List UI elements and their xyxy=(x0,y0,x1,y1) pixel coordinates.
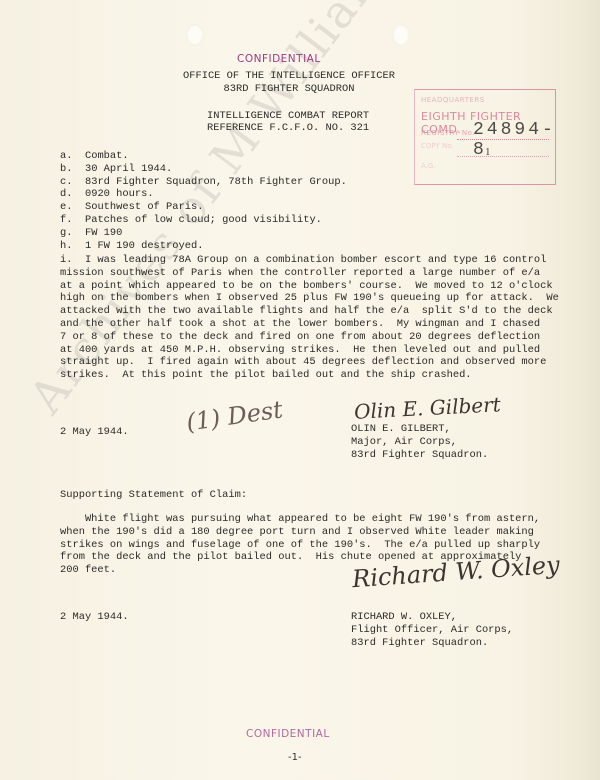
statement-line: strikes on wings and fuselage of one of … xyxy=(60,539,540,552)
narrative-line: and the other half took a shot at the lo… xyxy=(60,318,559,331)
registry-stamp: HEADQUARTERS EIGHTH FIGHTER COMD. REGIST… xyxy=(414,89,556,185)
signer-unit: 83rd Fighter Squadron. xyxy=(351,449,488,462)
stamp-copy-label: COPY No. xyxy=(421,142,454,150)
handwritten-annotation: (1) Dest xyxy=(185,395,285,436)
witness-unit: 83rd Fighter Squadron. xyxy=(351,637,488,650)
page-number: -1- xyxy=(288,752,302,763)
witness-rank: Flight Officer, Air Corps, xyxy=(351,624,513,637)
office-line-2: 83RD FIGHTER SQUADRON xyxy=(183,83,395,96)
item-row: g. FW 190 xyxy=(60,227,347,240)
stamp-registry-label: REGISTRY No. xyxy=(421,129,475,137)
item-row: a. Combat. xyxy=(60,150,347,163)
classification-top: CONFIDENTIAL xyxy=(237,53,321,65)
narrative-line: mission southwest of Paris when the cont… xyxy=(60,267,559,280)
stamp-headquarters: HEADQUARTERS xyxy=(421,96,485,104)
narrative-line: 7 or 8 of these to the deck and fired on… xyxy=(60,331,559,344)
report-date: 2 May 1944. xyxy=(60,426,129,439)
classification-bottom: CONFIDENTIAL xyxy=(246,728,330,740)
signer-name: OLIN E. GILBERT, xyxy=(351,423,451,436)
stamp-line xyxy=(457,156,549,157)
statement-date: 2 May 1944. xyxy=(60,611,129,624)
punch-hole xyxy=(186,24,204,46)
narrative-line: at a point which appeared to be on the b… xyxy=(60,280,559,293)
report-items: a. Combat. b. 30 April 1944. c. 83rd Fig… xyxy=(60,150,347,252)
item-row: b. 30 April 1944. xyxy=(60,163,347,176)
report-reference: REFERENCE F.C.F.O. NO. 321 xyxy=(207,122,369,135)
supporting-heading: Supporting Statement of Claim: xyxy=(60,489,247,502)
item-row: f. Patches of low cloud; good visibility… xyxy=(60,214,347,227)
item-row: c. 83rd Fighter Squadron, 78th Fighter G… xyxy=(60,176,347,189)
item-row: d. 0920 hours. xyxy=(60,188,347,201)
narrative-line: strikes. At this point the pilot bailed … xyxy=(60,369,559,382)
signature-gilbert: Olin E. Gilbert xyxy=(353,392,501,424)
punch-hole xyxy=(392,24,410,46)
combat-narrative: i. I was leading 78A Group on a combinat… xyxy=(60,254,559,382)
statement-line: White flight was pursuing what appeared … xyxy=(60,513,540,526)
stamp-ag-label: A.G. xyxy=(421,162,436,170)
statement-line: when the 190's did a 180 degree port tur… xyxy=(60,526,540,539)
document-page: Archives of M Williams CONFIDENTIAL OFFI… xyxy=(0,0,600,780)
item-row: e. Southwest of Paris. xyxy=(60,201,347,214)
stamp-line xyxy=(457,139,549,140)
signer-rank: Major, Air Corps, xyxy=(351,436,457,449)
witness-name: RICHARD W. OXLEY, xyxy=(351,611,457,624)
narrative-line: high on the bombers when I observed 25 p… xyxy=(60,292,559,305)
office-line-1: OFFICE OF THE INTELLIGENCE OFFICER xyxy=(183,70,395,83)
narrative-line: straight up. I fired again with about 45… xyxy=(60,356,559,369)
item-row: h. 1 FW 190 destroyed. xyxy=(60,240,347,253)
narrative-line: at 400 yards at 450 M.P.H. observing str… xyxy=(60,344,559,357)
narrative-line: attacked with the two available flights … xyxy=(60,305,559,318)
narrative-line: i. I was leading 78A Group on a combinat… xyxy=(60,254,559,267)
